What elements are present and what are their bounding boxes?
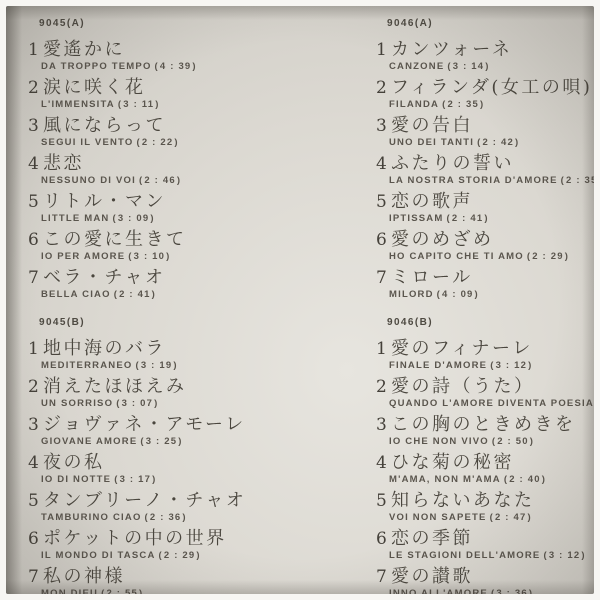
track-title-original: MEDITERRANEO — [41, 360, 132, 371]
track-title-japanese: ベラ・チャオ — [43, 267, 165, 288]
track-item: 4ふたりの誓いLA NOSTRA STORIA D'AMORE2 : 35 — [376, 153, 590, 187]
track-title-original: SEGUI IL VENTO — [41, 137, 133, 148]
track-number: 7 — [376, 268, 391, 289]
track-subtitle-line: IO DI NOTTE3 : 17 — [41, 474, 376, 486]
track-title-original: FILANDA — [389, 99, 439, 110]
tracklist-column-2: 9046(A)1カンツォーネCANZONE3 : 142フィランダ(女工の唄)F… — [376, 12, 590, 594]
track-title-japanese: 恋の歌声 — [391, 191, 473, 212]
track-title-line: 3愛の告白 — [376, 115, 590, 137]
track-title-original: GIOVANE AMORE — [41, 436, 137, 447]
track-subtitle-line: TAMBURINO CIAO2 : 36 — [41, 512, 376, 524]
track-duration: 2 : 36 — [145, 512, 187, 523]
track-title-original: INNO ALL'AMORE — [389, 588, 488, 594]
track-duration: 2 : 22 — [136, 137, 178, 148]
record-side-section: 9046(A)1カンツォーネCANZONE3 : 142フィランダ(女工の唄)F… — [376, 18, 590, 301]
track-title-japanese: 愛のフィナーレ — [391, 338, 533, 359]
track-number: 3 — [376, 116, 391, 137]
track-title-line: 3風にならって — [28, 115, 376, 137]
track-item: 1カンツォーネCANZONE3 : 14 — [376, 39, 590, 73]
track-subtitle-line: HO CAPITO CHE TI AMO2 : 29 — [389, 251, 590, 263]
track-item: 2涙に咲く花L'IMMENSITA3 : 11 — [28, 77, 376, 111]
track-subtitle-line: IPTISSAM2 : 41 — [389, 213, 590, 225]
track-duration: 2 : 29 — [527, 251, 569, 262]
track-duration: 2 : 55 — [101, 588, 143, 594]
track-item: 4ひな菊の秘密M'AMA, NON M'AMA2 : 40 — [376, 452, 590, 486]
track-title-line: 7愛の讃歌 — [376, 566, 590, 588]
track-item: 6この愛に生きてIO PER AMORE3 : 10 — [28, 229, 376, 263]
track-duration: 2 : 29 — [159, 550, 201, 561]
track-title-japanese: この愛に生きて — [43, 229, 187, 250]
album-tracklist-scan: 9045(A)1愛遙かにDA TROPPO TEMPO4 : 392涙に咲く花L… — [6, 6, 594, 594]
track-subtitle-line: FILANDA2 : 35 — [389, 99, 590, 111]
track-title-line: 5知らないあなた — [376, 490, 590, 512]
track-title-original: IO DI NOTTE — [41, 474, 111, 485]
track-title-japanese: 消えたほほえみ — [43, 376, 187, 397]
track-title-line: 3ジョヴァネ・アモーレ — [28, 414, 376, 436]
track-item: 4夜の私IO DI NOTTE3 : 17 — [28, 452, 376, 486]
track-item: 2消えたほほえみUN SORRISO3 : 07 — [28, 376, 376, 410]
track-title-japanese: ジョヴァネ・アモーレ — [43, 414, 246, 435]
track-title-line: 4ひな菊の秘密 — [376, 452, 590, 474]
track-subtitle-line: INNO ALL'AMORE3 : 36 — [389, 588, 590, 594]
track-item: 5タンブリーノ・チャオTAMBURINO CIAO2 : 36 — [28, 490, 376, 524]
track-title-line: 3この胸のときめきを — [376, 414, 590, 436]
track-title-line: 6この愛に生きて — [28, 229, 376, 251]
track-subtitle-line: BELLA CIAO2 : 41 — [41, 289, 376, 301]
track-title-original: LE STAGIONI DELL'AMORE — [389, 550, 540, 561]
track-item: 3風にならってSEGUI IL VENTO2 : 22 — [28, 115, 376, 149]
track-number: 4 — [376, 453, 391, 474]
track-subtitle-line: IO PER AMORE3 : 10 — [41, 251, 376, 263]
track-duration: 3 : 25 — [140, 436, 182, 447]
track-duration: 3 : 12 — [490, 360, 532, 371]
track-duration: 2 : 47 — [490, 512, 532, 523]
track-title-line: 4ふたりの誓い — [376, 153, 590, 175]
track-title-original: IPTISSAM — [389, 213, 443, 224]
track-number: 5 — [28, 192, 43, 213]
track-number: 4 — [28, 453, 43, 474]
catalog-number: 9046(B) — [387, 317, 590, 328]
track-title-japanese: 夜の私 — [43, 452, 105, 473]
track-subtitle-line: QUANDO L'AMORE DIVENTA POESIA2 : 54 — [389, 398, 590, 410]
track-title-original: FINALE D'AMORE — [389, 360, 487, 371]
track-duration: 4 : 39 — [155, 61, 197, 72]
track-number: 4 — [28, 154, 43, 175]
track-title-line: 5恋の歌声 — [376, 191, 590, 213]
track-title-original: IL MONDO DI TASCA — [41, 550, 156, 561]
track-title-original: L'IMMENSITA — [41, 99, 115, 110]
track-item: 1愛のフィナーレFINALE D'AMORE3 : 12 — [376, 338, 590, 372]
track-subtitle-line: VOI NON SAPETE2 : 47 — [389, 512, 590, 524]
track-title-line: 4夜の私 — [28, 452, 376, 474]
track-item: 3愛の告白UNO DEI TANTI2 : 42 — [376, 115, 590, 149]
track-item: 7ミロールMILORD4 : 09 — [376, 267, 590, 301]
track-duration: 2 : 42 — [477, 137, 519, 148]
track-number: 2 — [28, 377, 43, 398]
track-title-line: 7ミロール — [376, 267, 590, 289]
track-title-japanese: ふたりの誓い — [391, 153, 514, 174]
track-title-japanese: 恋の季節 — [391, 528, 473, 549]
track-subtitle-line: MILORD4 : 09 — [389, 289, 590, 301]
track-number: 3 — [28, 116, 43, 137]
track-title-original: HO CAPITO CHE TI AMO — [389, 251, 524, 262]
track-title-japanese: この胸のときめきを — [391, 414, 576, 435]
track-title-japanese: 風にならって — [43, 115, 166, 136]
track-title-original: IO PER AMORE — [41, 251, 125, 262]
track-item: 4悲恋NESSUNO DI VOI2 : 46 — [28, 153, 376, 187]
track-duration: 3 : 14 — [447, 61, 489, 72]
track-item: 1地中海のバラMEDITERRANEO3 : 19 — [28, 338, 376, 372]
track-number: 2 — [376, 78, 391, 99]
track-duration: 3 : 12 — [543, 550, 585, 561]
track-item: 2愛の詩（うた）QUANDO L'AMORE DIVENTA POESIA2 :… — [376, 376, 590, 410]
track-title-line: 6恋の季節 — [376, 528, 590, 550]
track-title-japanese: フィランダ(女工の唄) — [391, 77, 592, 98]
track-duration: 3 : 10 — [128, 251, 170, 262]
track-title-japanese: タンブリーノ・チャオ — [43, 490, 246, 511]
track-duration: 3 : 11 — [118, 99, 160, 110]
track-duration: 3 : 17 — [114, 474, 156, 485]
track-title-original: LA NOSTRA STORIA D'AMORE — [389, 175, 558, 186]
track-item: 3この胸のときめきをIO CHE NON VIVO2 : 50 — [376, 414, 590, 448]
track-title-japanese: リトル・マン — [43, 191, 166, 212]
track-subtitle-line: LA NOSTRA STORIA D'AMORE2 : 35 — [389, 175, 590, 187]
track-title-japanese: ポケットの中の世界 — [43, 528, 227, 549]
track-duration: 2 : 50 — [492, 436, 534, 447]
track-subtitle-line: L'IMMENSITA3 : 11 — [41, 99, 376, 111]
track-title-line: 1地中海のバラ — [28, 338, 376, 360]
track-duration: 2 : 40 — [504, 474, 546, 485]
track-title-original: MON DIEU — [41, 588, 98, 594]
track-number: 6 — [28, 230, 43, 251]
track-duration: 3 : 36 — [491, 588, 533, 594]
track-title-japanese: 悲恋 — [43, 153, 84, 174]
track-title-line: 5タンブリーノ・チャオ — [28, 490, 376, 512]
track-title-line: 2フィランダ(女工の唄) — [376, 77, 590, 99]
track-title-line: 2愛の詩（うた） — [376, 376, 590, 398]
track-title-line: 5リトル・マン — [28, 191, 376, 213]
track-title-line: 4悲恋 — [28, 153, 376, 175]
track-title-original: QUANDO L'AMORE DIVENTA POESIA — [389, 398, 594, 409]
track-title-japanese: 愛の讃歌 — [391, 566, 473, 587]
track-number: 6 — [376, 230, 391, 251]
track-title-original: VOI NON SAPETE — [389, 512, 487, 523]
track-title-original: UNO DEI TANTI — [389, 137, 474, 148]
track-number: 3 — [376, 415, 391, 436]
track-title-original: IO CHE NON VIVO — [389, 436, 489, 447]
track-number: 1 — [376, 40, 391, 61]
track-title-original: UN SORRISO — [41, 398, 113, 409]
track-title-japanese: 愛の告白 — [391, 115, 473, 136]
track-number: 7 — [376, 567, 391, 588]
track-title-line: 1愛遙かに — [28, 39, 376, 61]
tracklist-column-1: 9045(A)1愛遙かにDA TROPPO TEMPO4 : 392涙に咲く花L… — [28, 12, 376, 594]
track-subtitle-line: MON DIEU2 : 55 — [41, 588, 376, 594]
track-number: 7 — [28, 268, 43, 289]
track-number: 1 — [376, 339, 391, 360]
track-title-line: 1愛のフィナーレ — [376, 338, 590, 360]
track-title-original: NESSUNO DI VOI — [41, 175, 136, 186]
track-title-japanese: 知らないあなた — [391, 490, 535, 511]
catalog-number: 9045(B) — [39, 317, 376, 328]
track-number: 1 — [28, 339, 43, 360]
track-item: 7ベラ・チャオBELLA CIAO2 : 41 — [28, 267, 376, 301]
track-number: 4 — [376, 154, 391, 175]
track-title-japanese: 涙に咲く花 — [43, 77, 146, 98]
track-number: 1 — [28, 40, 43, 61]
photo-frame: 9045(A)1愛遙かにDA TROPPO TEMPO4 : 392涙に咲く花L… — [0, 0, 600, 600]
track-subtitle-line: LE STAGIONI DELL'AMORE3 : 12 — [389, 550, 590, 562]
track-title-original: CANZONE — [389, 61, 444, 72]
track-subtitle-line: UNO DEI TANTI2 : 42 — [389, 137, 590, 149]
track-number: 6 — [28, 529, 43, 550]
track-title-japanese: 地中海のバラ — [43, 338, 166, 359]
track-subtitle-line: MEDITERRANEO3 : 19 — [41, 360, 376, 372]
track-subtitle-line: LITTLE MAN3 : 09 — [41, 213, 376, 225]
track-title-line: 7ベラ・チャオ — [28, 267, 376, 289]
track-item: 7愛の讃歌INNO ALL'AMORE3 : 36 — [376, 566, 590, 594]
track-item: 6愛のめざめHO CAPITO CHE TI AMO2 : 29 — [376, 229, 590, 263]
tracklist-columns: 9045(A)1愛遙かにDA TROPPO TEMPO4 : 392涙に咲く花L… — [6, 6, 594, 594]
record-side-section: 9046(B)1愛のフィナーレFINALE D'AMORE3 : 122愛の詩（… — [376, 317, 590, 594]
track-title-line: 6愛のめざめ — [376, 229, 590, 251]
record-side-section: 9045(A)1愛遙かにDA TROPPO TEMPO4 : 392涙に咲く花L… — [28, 18, 376, 301]
track-item: 3ジョヴァネ・アモーレGIOVANE AMORE3 : 25 — [28, 414, 376, 448]
record-side-section: 9045(B)1地中海のバラMEDITERRANEO3 : 192消えたほほえみ… — [28, 317, 376, 594]
catalog-number: 9045(A) — [39, 18, 376, 29]
track-title-line: 1カンツォーネ — [376, 39, 590, 61]
track-title-line: 2涙に咲く花 — [28, 77, 376, 99]
track-duration: 2 : 46 — [139, 175, 181, 186]
track-subtitle-line: IL MONDO DI TASCA2 : 29 — [41, 550, 376, 562]
track-item: 2フィランダ(女工の唄)FILANDA2 : 35 — [376, 77, 590, 111]
track-item: 5リトル・マンLITTLE MAN3 : 09 — [28, 191, 376, 225]
track-title-original: LITTLE MAN — [41, 213, 109, 224]
track-title-japanese: 愛のめざめ — [391, 229, 494, 250]
track-subtitle-line: DA TROPPO TEMPO4 : 39 — [41, 61, 376, 73]
track-title-line: 7私の神様 — [28, 566, 376, 588]
track-duration: 3 : 09 — [112, 213, 154, 224]
track-duration: 3 : 07 — [116, 398, 158, 409]
track-number: 7 — [28, 567, 43, 588]
track-subtitle-line: M'AMA, NON M'AMA2 : 40 — [389, 474, 590, 486]
track-title-japanese: カンツォーネ — [391, 39, 512, 60]
track-title-original: BELLA CIAO — [41, 289, 111, 300]
track-subtitle-line: GIOVANE AMORE3 : 25 — [41, 436, 376, 448]
track-number: 5 — [28, 491, 43, 512]
track-item: 5知らないあなたVOI NON SAPETE2 : 47 — [376, 490, 590, 524]
track-duration: 2 : 35 — [442, 99, 484, 110]
track-duration: 4 : 09 — [437, 289, 479, 300]
track-title-japanese: 私の神様 — [43, 566, 125, 587]
track-subtitle-line: IO CHE NON VIVO2 : 50 — [389, 436, 590, 448]
track-title-japanese: ミロール — [391, 267, 473, 288]
track-number: 2 — [28, 78, 43, 99]
track-number: 2 — [376, 377, 391, 398]
track-number: 3 — [28, 415, 43, 436]
track-title-japanese: ひな菊の秘密 — [391, 452, 514, 473]
track-item: 6恋の季節LE STAGIONI DELL'AMORE3 : 12 — [376, 528, 590, 562]
track-subtitle-line: UN SORRISO3 : 07 — [41, 398, 376, 410]
track-title-original: TAMBURINO CIAO — [41, 512, 142, 523]
track-title-japanese: 愛遙かに — [43, 39, 125, 60]
track-item: 6ポケットの中の世界IL MONDO DI TASCA2 : 29 — [28, 528, 376, 562]
track-title-original: DA TROPPO TEMPO — [41, 61, 152, 72]
track-duration: 2 : 41 — [114, 289, 156, 300]
track-number: 6 — [376, 529, 391, 550]
track-duration: 3 : 19 — [135, 360, 177, 371]
track-subtitle-line: SEGUI IL VENTO2 : 22 — [41, 137, 376, 149]
track-item: 1愛遙かにDA TROPPO TEMPO4 : 39 — [28, 39, 376, 73]
track-title-original: MILORD — [389, 289, 434, 300]
track-title-line: 6ポケットの中の世界 — [28, 528, 376, 550]
track-title-original: M'AMA, NON M'AMA — [389, 474, 501, 485]
track-title-japanese: 愛の詩（うた） — [391, 376, 535, 397]
track-subtitle-line: FINALE D'AMORE3 : 12 — [389, 360, 590, 372]
track-item: 5恋の歌声IPTISSAM2 : 41 — [376, 191, 590, 225]
track-item: 7私の神様MON DIEU2 : 55 — [28, 566, 376, 594]
track-duration: 2 : 41 — [446, 213, 488, 224]
track-subtitle-line: CANZONE3 : 14 — [389, 61, 590, 73]
track-number: 5 — [376, 491, 391, 512]
track-subtitle-line: NESSUNO DI VOI2 : 46 — [41, 175, 376, 187]
track-number: 5 — [376, 192, 391, 213]
track-title-line: 2消えたほほえみ — [28, 376, 376, 398]
track-duration: 2 : 35 — [561, 175, 594, 186]
catalog-number: 9046(A) — [387, 18, 590, 29]
